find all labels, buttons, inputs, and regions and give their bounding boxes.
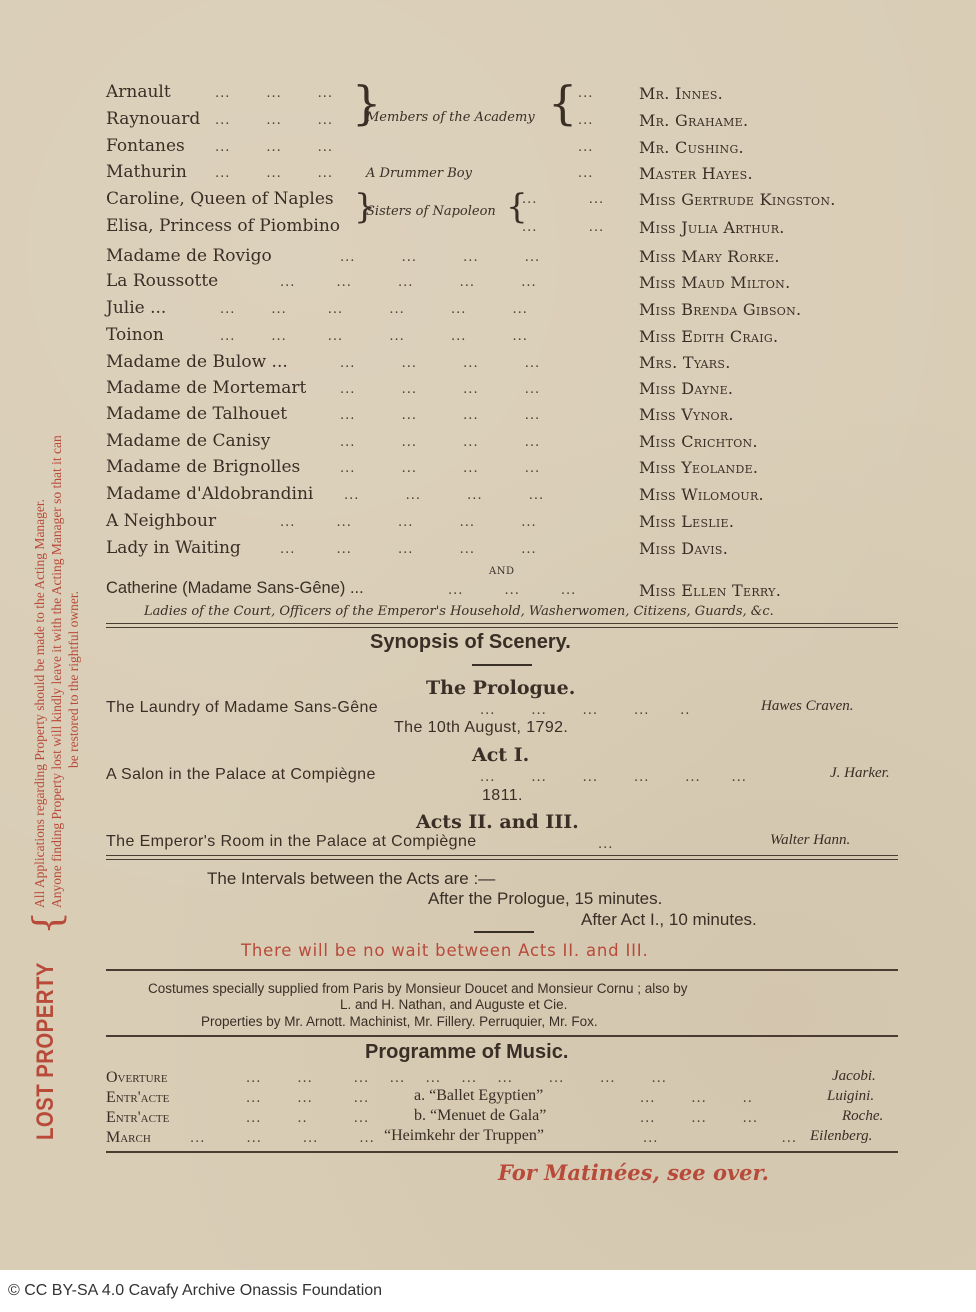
role-name: Madame de Talhouet [106,404,287,424]
actor-name: Miss Mary Rorke. [639,247,780,266]
short-rule [472,664,532,666]
actor-name: Miss Wilomour. [639,485,764,504]
role-name: Mathurin [106,162,187,182]
actor-name: Miss Davis. [639,539,728,558]
actor-name: Mr. Cushing. [639,138,744,157]
role-name: Fontanes [106,136,185,156]
actor-name: Miss Yeolande. [639,458,758,477]
role-name: Madame de Canisy [106,431,270,451]
left-brace: { [28,911,66,935]
leader-dots: ... ... ... ... [340,250,540,265]
actor-name: Miss Crichton. [639,432,758,451]
sisters-label: Sisters of Napoleon [366,204,496,219]
music-title: Programme of Music. [365,1041,568,1064]
leader-dots: ... ... .. [640,1091,753,1106]
matinees-notice: For Matinées, see over. [498,1160,769,1185]
lost-property-line2: Anyone finding Property lost will kindly… [49,435,65,908]
short-rule [474,931,534,933]
leader-dots: ... ... ... [215,166,333,181]
prologue-scene: The Laundry of Madame Sans-Gêne [106,699,378,717]
act1-artist: J. Harker. [830,765,890,782]
leader-dots: ... ... ... ... [340,408,540,423]
role-name: A Neighbour [106,511,216,531]
no-wait-notice: There will be no wait between Acts II. a… [241,941,649,960]
leader-dots: ... ... ... ... ... ... [480,770,747,785]
music-composer: Jacobi. [832,1068,876,1085]
rule [106,1151,898,1153]
leader-dots: ... [578,86,593,101]
leader-dots: ... ... ... ... ... [280,515,537,530]
music-composer: Roche. [842,1108,883,1125]
leader-dots: ... ... ... [215,86,333,101]
leader-dots: ... ... ... ... .. [480,703,690,718]
scenery-title: Synopsis of Scenery. [370,631,571,654]
actor-name: Miss Leslie. [639,512,734,531]
actor-name: Miss Maud Milton. [639,273,791,292]
role-name: Elisa, Princess of Piombino [106,216,340,236]
drummer-label: A Drummer Boy [366,166,472,181]
leader-dots: ... [578,113,593,128]
music-type: Overture [106,1069,168,1087]
leader-dots: ... ... ... ... [340,382,540,397]
leader-dots: ... ... ... ... ... [280,542,537,557]
act23-scene: The Emperor's Room in the Palace at Comp… [106,833,477,851]
music-type: Entr'acte [106,1109,169,1127]
act1-scene: A Salon in the Palace at Compiègne [106,766,376,784]
role-name: Arnault [106,82,171,102]
leader-dots: ... ... [643,1131,797,1146]
leader-dots: ... ... ... ... [340,356,540,371]
actor-name: Mr. Grahame. [639,111,748,130]
double-rule [106,855,898,860]
act23-artist: Walter Hann. [770,832,850,849]
music-piece: “Heimkehr der Truppen” [384,1127,544,1145]
costumes-credit-cont: L. and H. Nathan, and Auguste et Cie. [340,997,567,1012]
role-name: Raynouard [106,109,200,129]
leader-dots: ... ... ... [246,1091,369,1106]
role-name: Madame de Rovigo [106,246,272,266]
leader-dots: ... ... ... ... ... ... [220,329,528,344]
role-name: Madame de Brignolles [106,457,300,477]
leader-dots: ... ... [522,192,604,207]
lost-property-line3: be restored to the rightful owner. [66,591,82,768]
leader-dots: ... [598,837,613,852]
act23-heading: Acts II. and III. [416,811,579,833]
left-brace: { [548,80,577,126]
actor-name: Miss Gertrude Kingston. [639,190,836,209]
double-rule [106,623,898,628]
leader-dots: ... ... ... ... [340,435,540,450]
properties-credit: Properties by Mr. Arnott. Machinist, Mr.… [201,1014,598,1029]
leader-dots: ... ... ... ... [190,1131,375,1146]
music-composer: Eilenberg. [810,1128,872,1145]
prologue-heading: The Prologue. [426,677,575,699]
leader-dots: ... ... ... [215,113,333,128]
intervals-intro: The Intervals between the Acts are :— [207,869,495,889]
rule [106,969,898,971]
music-type: Entr'acte [106,1089,169,1107]
leader-dots: ... ... ... ... [344,488,544,503]
prologue-artist: Hawes Craven. [761,698,854,715]
role-name: Julie ... [106,298,166,318]
music-type: March [106,1129,151,1147]
extras-line: Ladies of the Court, Officers of the Emp… [144,604,774,619]
actor-name: Mrs. Tyars. [639,353,731,372]
programme-page: Arnault Raynouard Fontanes ... ... ... .… [0,0,976,1270]
role-name: Caroline, Queen of Naples [106,189,334,209]
leader-dots: ... ... ... [448,583,576,598]
role-name: Madame de Mortemart [106,378,306,398]
music-piece: a. “Ballet Egyptien” [414,1087,543,1105]
rule [106,1035,898,1037]
role-name: Madame de Bulow ... [106,352,288,372]
leader-dots: ... ... ... ... ... ... [220,302,528,317]
prologue-date: The 10th August, 1792. [394,719,568,737]
lost-property-notice: LOST PROPERTY { All Applications regardi… [32,130,102,1140]
role-name: La Roussotte [106,271,218,291]
actor-name: Miss Dayne. [639,379,733,398]
leader-dots: ... .. ... [246,1111,369,1126]
act1-date: 1811. [482,787,523,805]
actor-name: Miss Julia Arthur. [639,218,785,237]
actor-name: Mr. Innes. [639,84,723,103]
copyright-footer: © CC BY-SA 4.0 Cavafy Archive Onassis Fo… [8,1282,382,1300]
actor-name: Miss Brenda Gibson. [639,300,801,319]
role-name: Catherine (Madame Sans-Gêne) ... [106,579,364,598]
leader-dots: ... ... ... ... ... ... ... ... ... ... [246,1071,667,1086]
actor-name: Master Hayes. [639,164,753,183]
leader-dots: ... [578,140,593,155]
leader-dots: ... ... ... ... ... [280,275,537,290]
role-name: Madame d'Aldobrandini [106,484,313,504]
leader-dots: ... ... ... ... [340,461,540,476]
act1-heading: Act I. [472,744,529,766]
interval-prologue: After the Prologue, 15 minutes. [428,889,662,909]
lost-property-line1: All Applications regarding Property shou… [32,499,48,908]
music-composer: Luigini. [827,1088,874,1105]
leader-dots: ... ... [522,220,604,235]
leader-dots: ... ... ... [640,1111,758,1126]
leader-dots: ... [578,166,593,181]
role-name: Lady in Waiting [106,538,241,558]
leader-dots: ... ... ... [215,140,333,155]
actor-name: Miss Ellen Terry. [639,581,781,600]
academy-label: Members of the Academy [366,110,535,125]
and-label: AND [489,566,515,577]
music-piece: b. “Menuet de Gala” [414,1107,546,1125]
costumes-credit: Costumes specially supplied from Paris b… [148,981,688,996]
actor-name: Miss Edith Craig. [639,327,778,346]
role-name: Toinon [106,325,164,345]
interval-act1: After Act I., 10 minutes. [581,910,757,930]
lost-property-title: LOST PROPERTY [32,962,60,1140]
actor-name: Miss Vynor. [639,405,734,424]
